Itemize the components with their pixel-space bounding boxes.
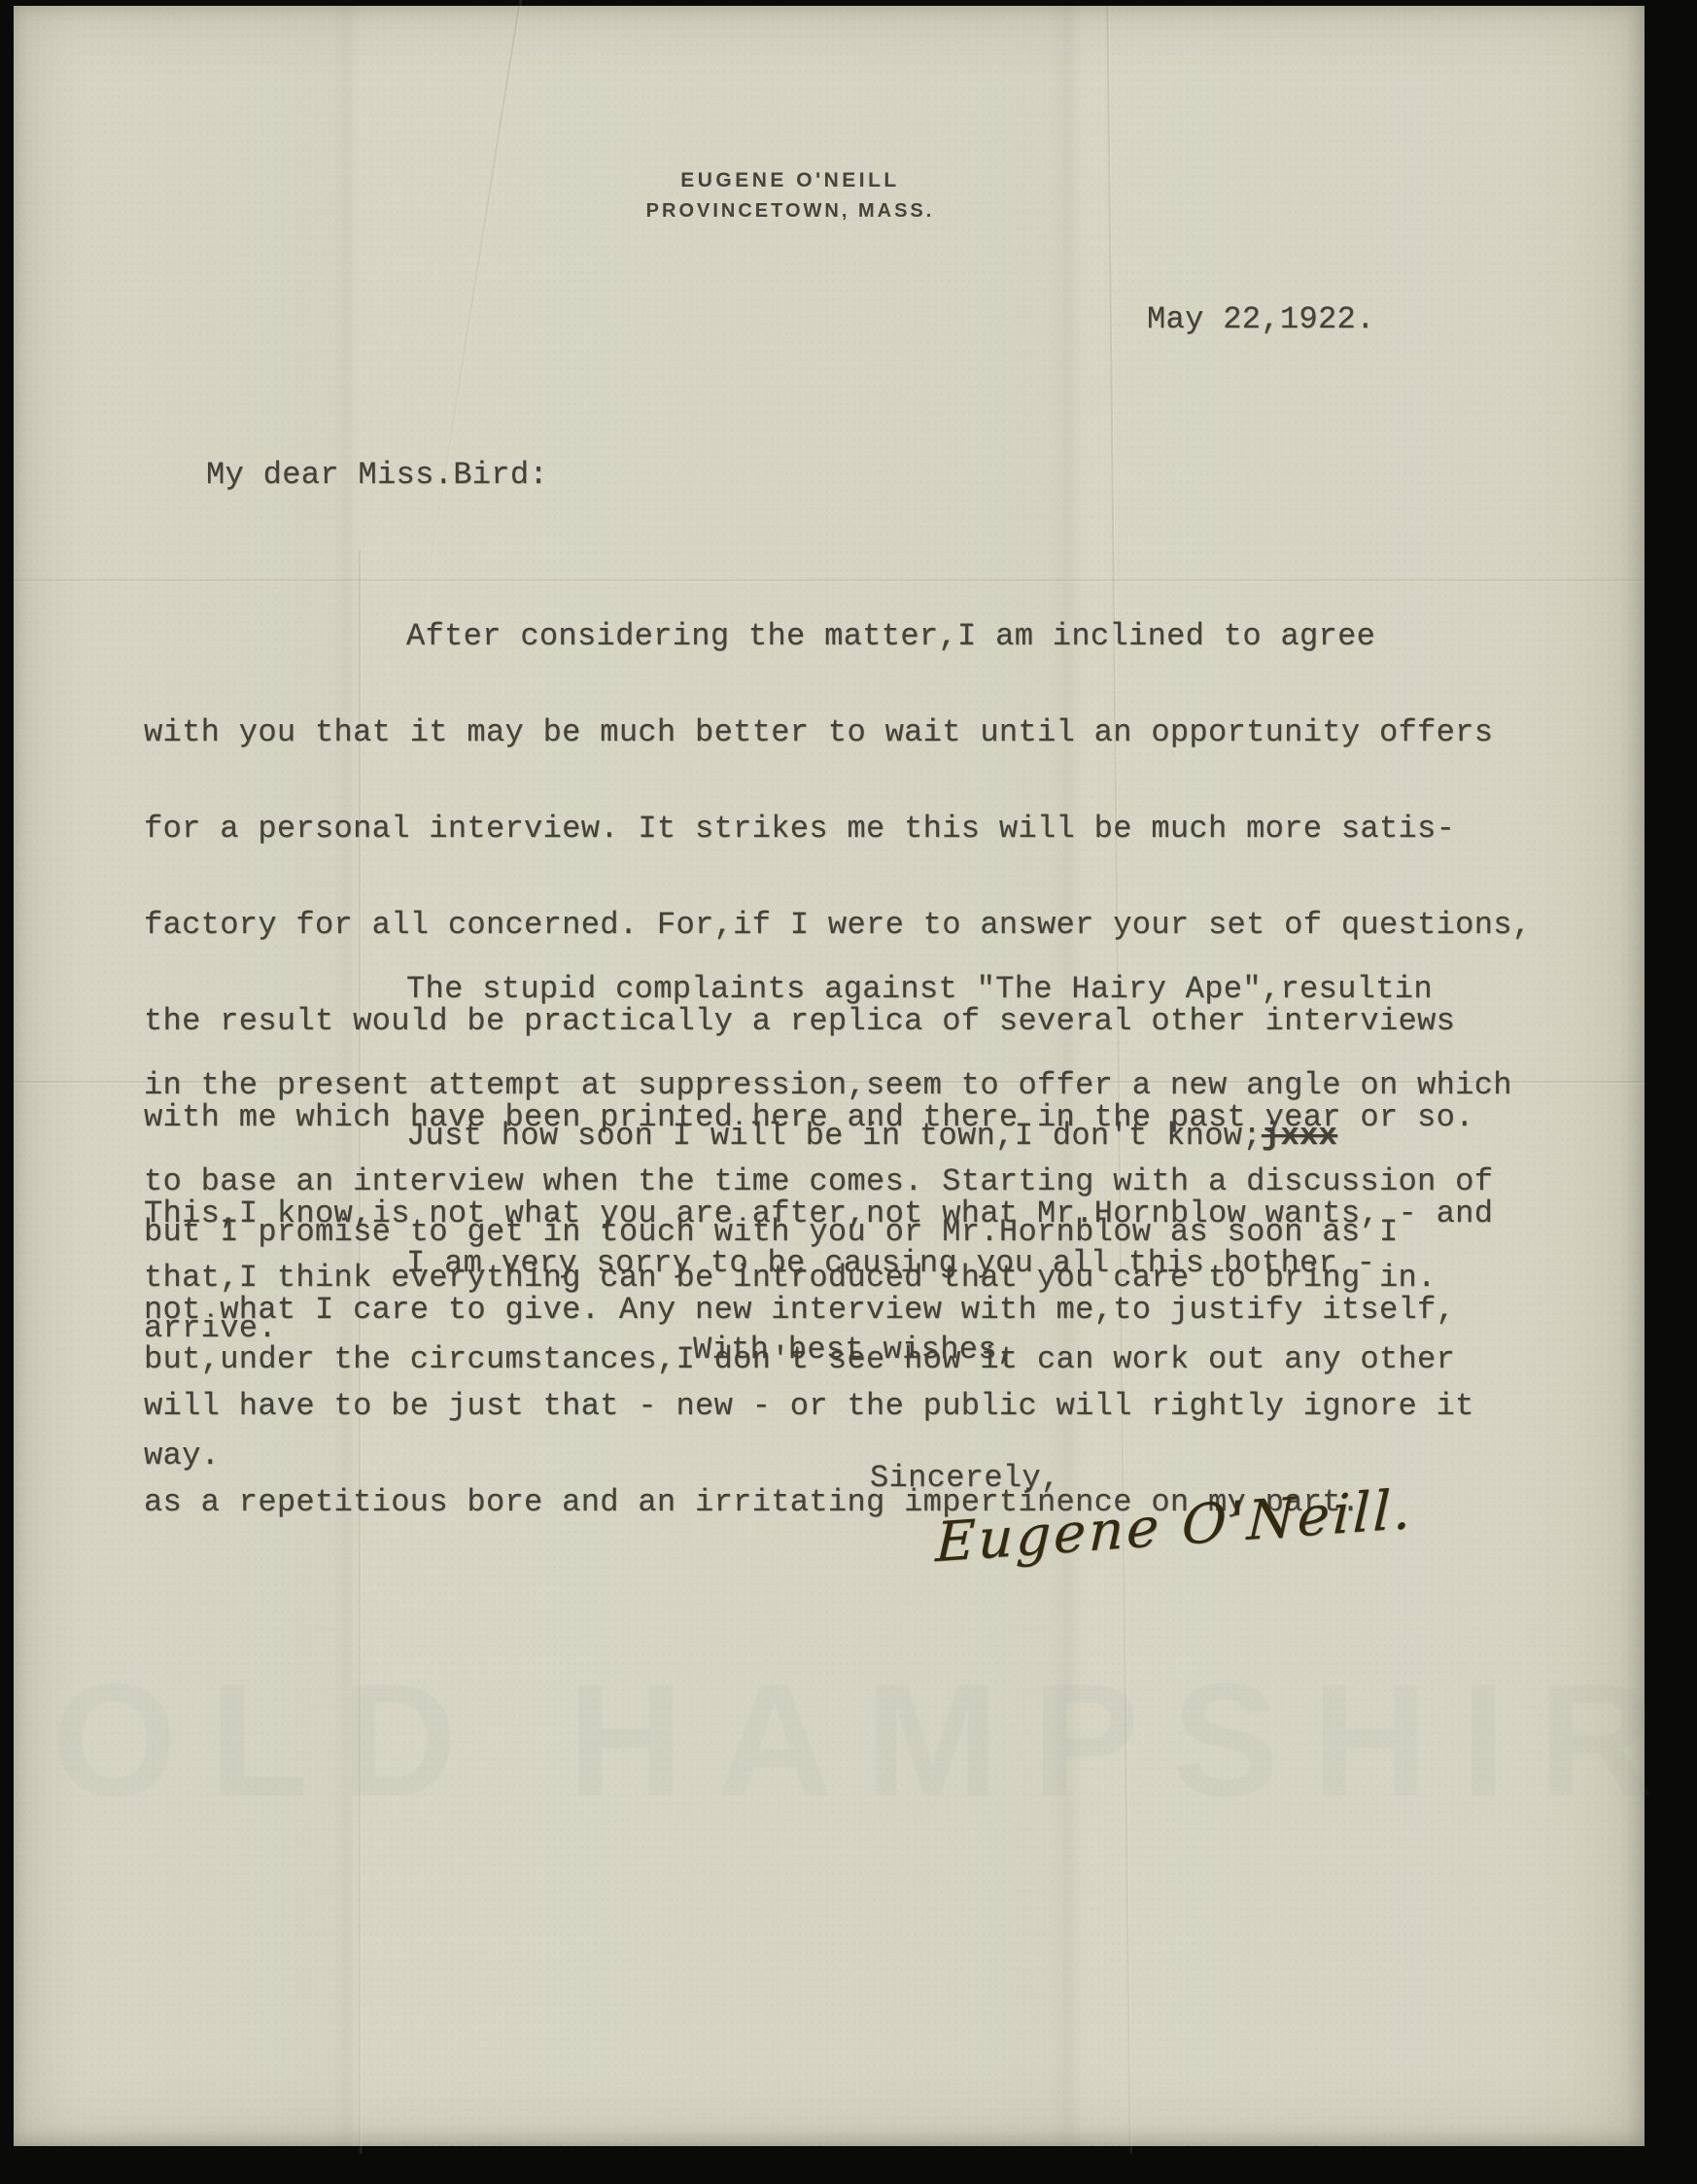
signoff-line: Sincerely, xyxy=(870,1462,1060,1494)
letter-line-text: Just how soon I will be in town,I don't … xyxy=(406,1118,1262,1154)
scan-background: OLD HAMPSHIRE EUGENE O'NEILL PROVINCETOW… xyxy=(0,0,1697,2184)
letter-line: for a personal interview. It strikes me … xyxy=(144,813,1531,845)
salutation: My dear Miss.Bird: xyxy=(206,459,548,491)
date-line: May 22,1922. xyxy=(1147,303,1375,335)
paper-watermark: OLD HAMPSHIRE xyxy=(52,1648,1646,1832)
letter-line: with you that it may be much better to w… xyxy=(144,716,1531,748)
letterhead-name: EUGENE O'NEILL xyxy=(499,169,1082,192)
letter-line: The stupid complaints against "The Hairy… xyxy=(144,973,1512,1005)
closing-line: With best wishes, xyxy=(693,1334,1016,1366)
letter-line: way. xyxy=(144,1439,1455,1472)
letterhead-city: PROVINCETOWN, MASS. xyxy=(499,200,1082,223)
letter-line: Just how soon I will be in town,I don't … xyxy=(144,1120,1399,1152)
letterhead: EUGENE O'NEILL PROVINCETOWN, MASS. xyxy=(499,169,1082,223)
letter-line: After considering the matter,I am inclin… xyxy=(144,620,1531,652)
fold-crease xyxy=(419,0,524,634)
letter-line: I am very sorry to be causing you all th… xyxy=(144,1247,1455,1279)
struck-out-text: jxxx xyxy=(1262,1118,1337,1154)
